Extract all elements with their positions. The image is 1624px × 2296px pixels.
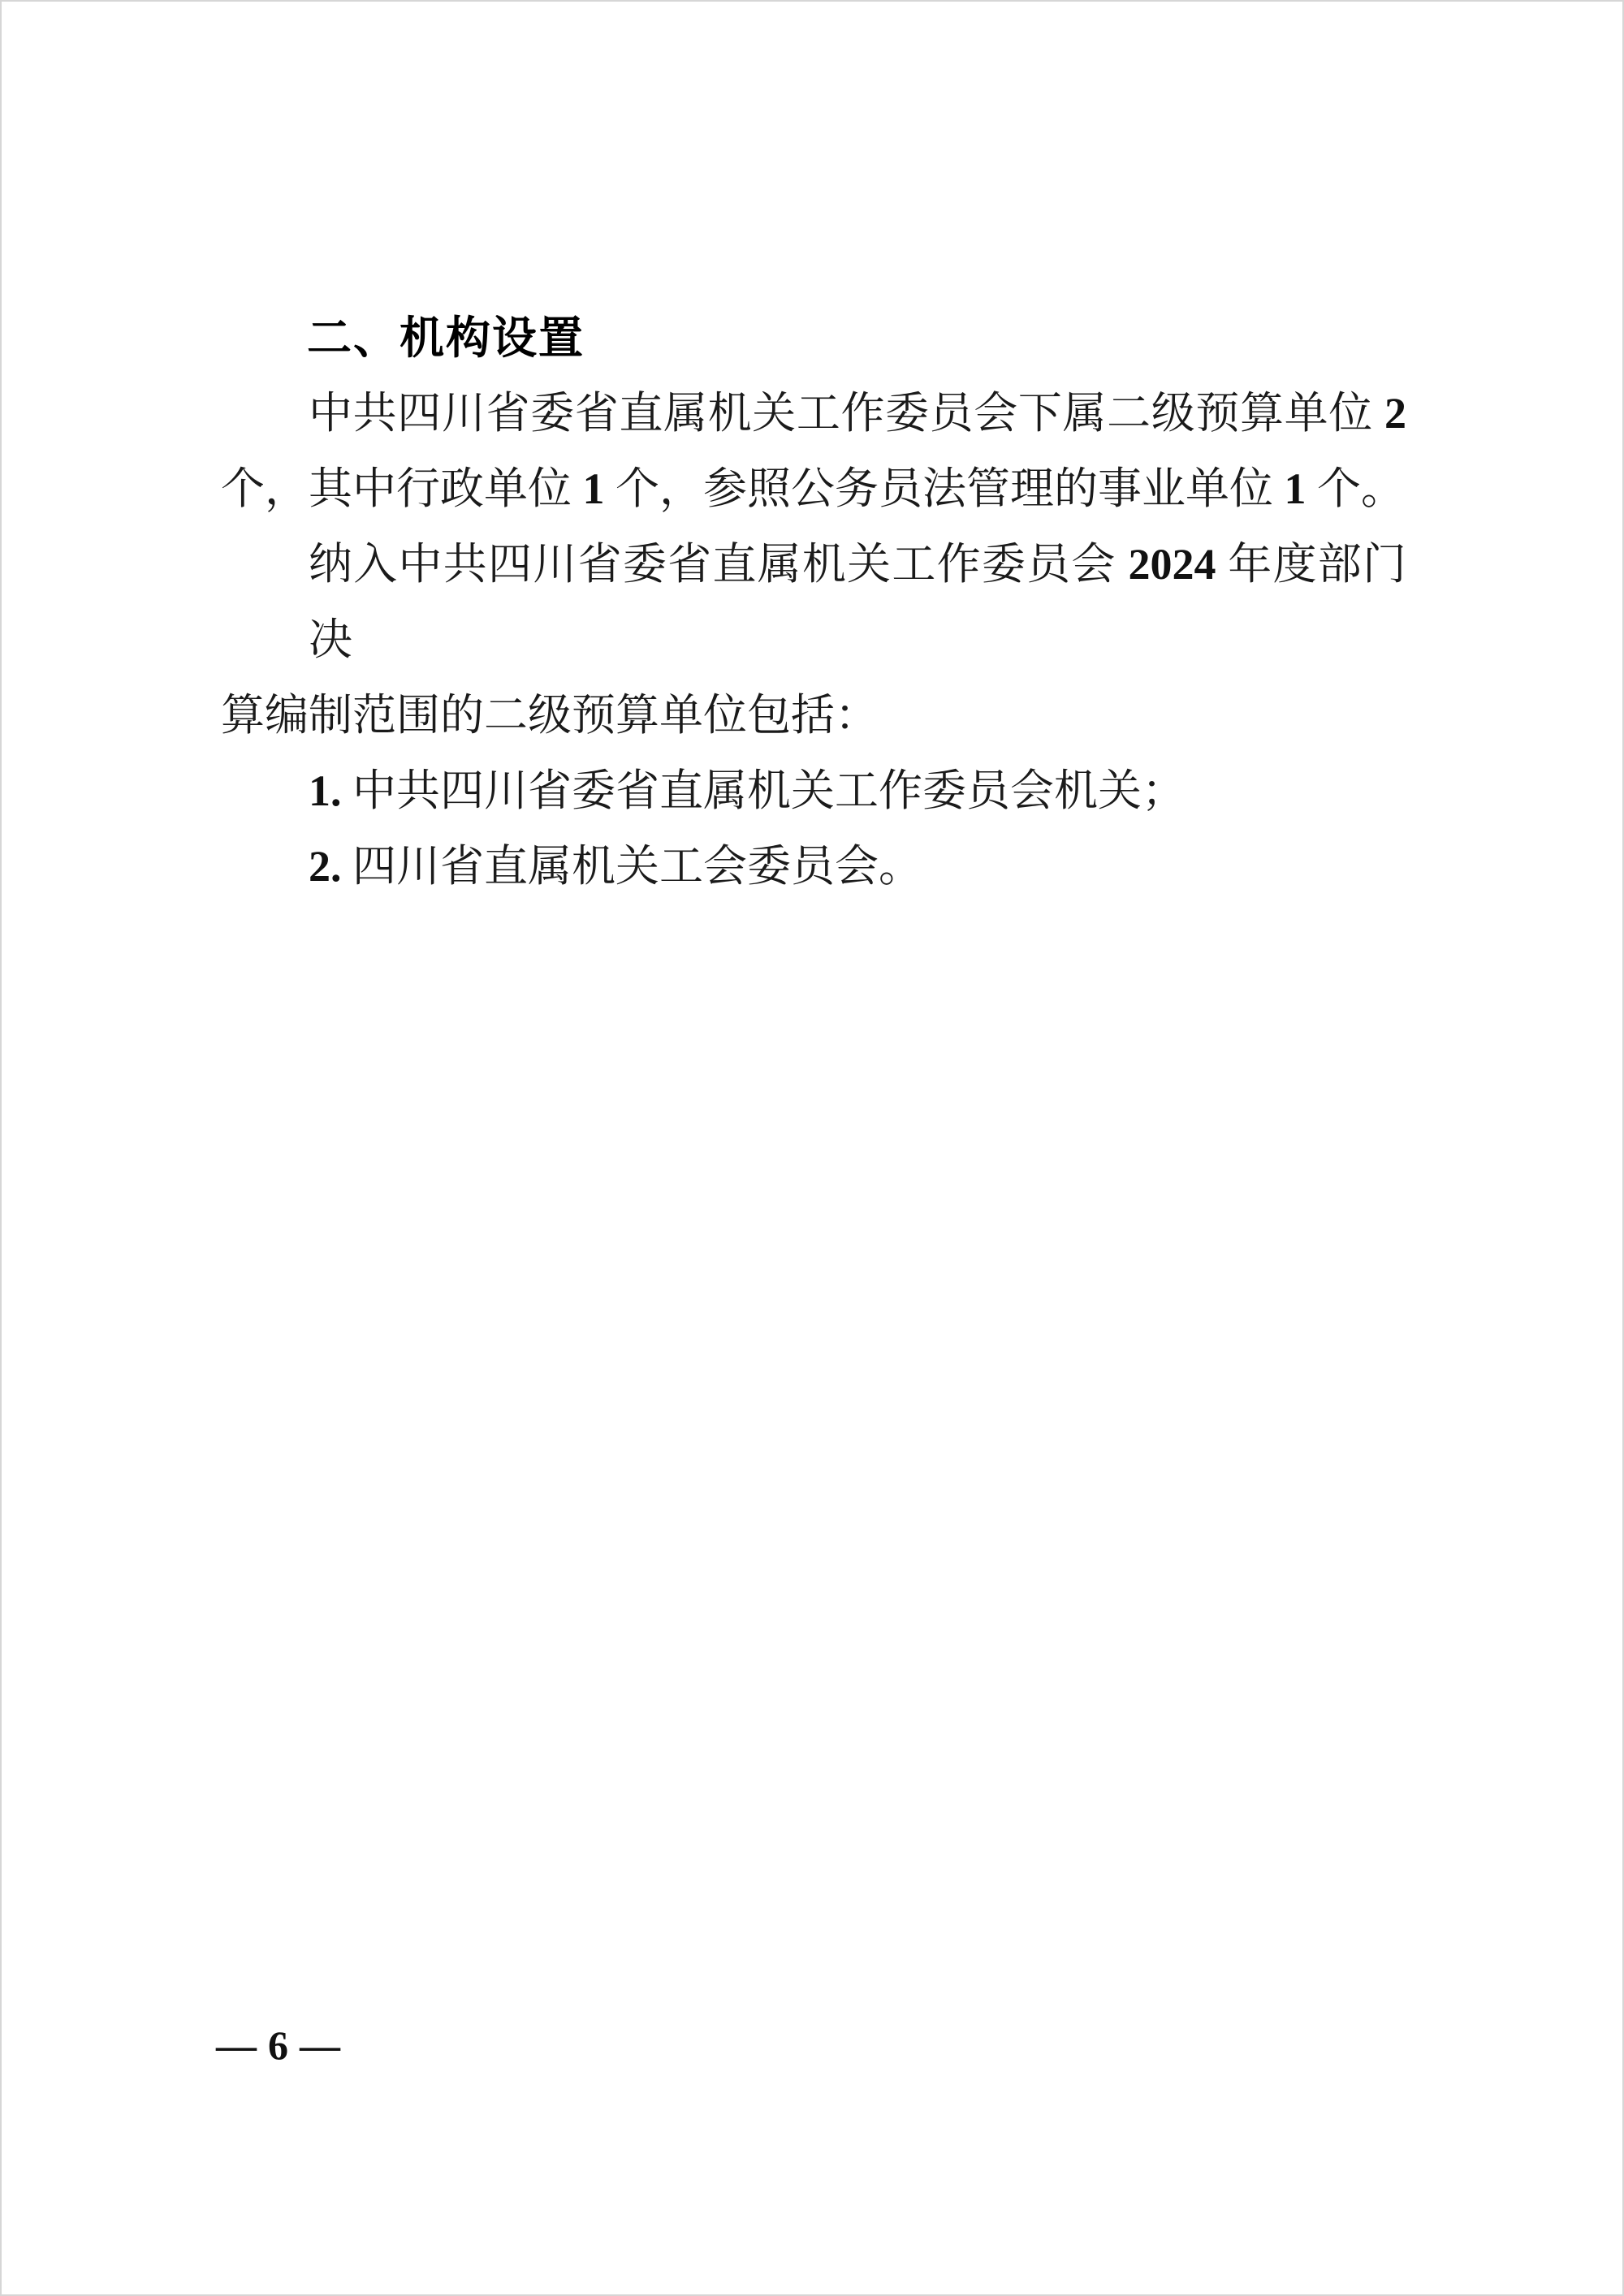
numeral: 2024 <box>1128 540 1216 589</box>
text-line: 2. 四川省直属机关工会委员会。 <box>221 829 1406 904</box>
text-line: 算编制范围的二级预算单位包括： <box>221 678 1406 753</box>
text-line: 纳入中共四川省委省直属机关工作委员会 2024 年度部门决 <box>221 527 1406 678</box>
text-run: 个，参照公务员法管理的事业单位 <box>605 464 1285 513</box>
page-body: 二、机构设置 中共四川省委省直属机关工作委员会下属二级预算单位 2个，其中行政单… <box>221 300 1406 904</box>
text-run: 个。 <box>1307 464 1406 513</box>
body-lines: 中共四川省委省直属机关工作委员会下属二级预算单位 2个，其中行政单位 1 个，参… <box>221 376 1406 904</box>
numeral: 2. <box>309 842 342 891</box>
text-line: 中共四川省委省直属机关工作委员会下属二级预算单位 2 <box>221 376 1406 451</box>
page-number-left-dash: — <box>216 2022 257 2068</box>
section-heading: 二、机构设置 <box>221 300 1406 376</box>
text-run: 个，其中行政单位 <box>221 464 583 513</box>
text-run: 算编制范围的二级预算单位包括： <box>221 691 879 740</box>
numeral: 1. <box>309 766 342 815</box>
text-run: 四川省直属机关工会委员会。 <box>342 842 923 891</box>
page-number-value: 6 <box>268 2022 288 2068</box>
text-line: 个，其中行政单位 1 个，参照公务员法管理的事业单位 1 个。 <box>221 451 1406 527</box>
page-number: —6— <box>216 2025 340 2065</box>
numeral: 1 <box>1285 464 1307 513</box>
numeral: 2 <box>1384 389 1406 438</box>
text-run: 中共四川省委省直属机关工作委员会机关； <box>342 766 1186 815</box>
page-number-right-dash: — <box>300 2022 340 2068</box>
text-run: 纳入中共四川省委省直属机关工作委员会 <box>309 540 1128 589</box>
text-line: 1. 中共四川省委省直属机关工作委员会机关； <box>221 753 1406 829</box>
text-run: 中共四川省委省直属机关工作委员会下属二级预算单位 <box>309 389 1384 438</box>
document-page: 二、机构设置 中共四川省委省直属机关工作委员会下属二级预算单位 2个，其中行政单… <box>0 0 1624 2296</box>
numeral: 1 <box>583 464 605 513</box>
